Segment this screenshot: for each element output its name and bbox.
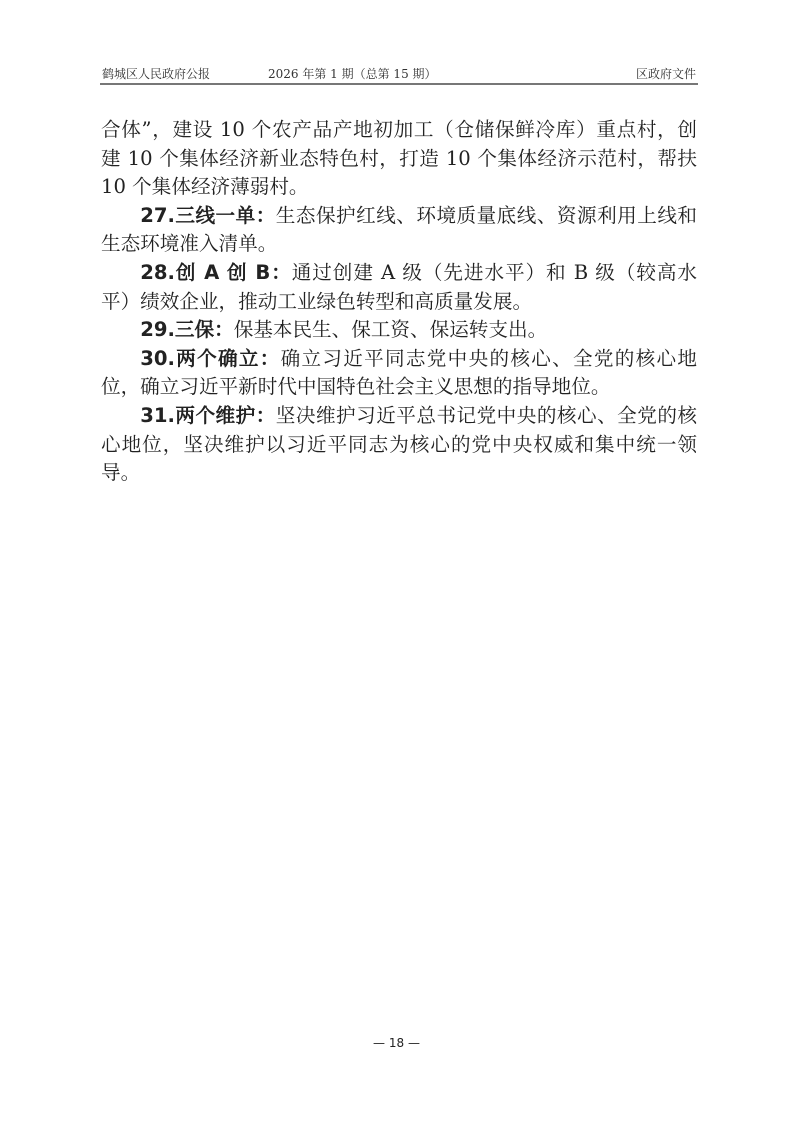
glossary-item-31: 31.两个维护：坚决维护习近平总书记党中央的核心、全党的核心地位，坚决维护以习近… (101, 402, 697, 488)
glossary-item-28: 28.创 A 创 B：通过创建 A 级（先进水平）和 B 级（较高水平）绩效企业… (101, 259, 697, 316)
glossary-term: 31.两个维护： (140, 404, 276, 427)
glossary-item-30: 30.两个确立：确立习近平同志党中央的核心、全党的核心地位，确立习近平新时代中国… (101, 345, 697, 402)
page-number: — 18 — (0, 1036, 793, 1050)
glossary-definition: 保基本民生、保工资、保运转支出。 (234, 318, 548, 341)
page-header: 鹤城区人民政府公报 2026 年第 1 期（总第 15 期） 区政府文件 (100, 63, 698, 83)
glossary-term: 29.三保： (140, 318, 234, 341)
glossary-item-29: 29.三保：保基本民生、保工资、保运转支出。 (101, 316, 697, 345)
glossary-term: 28.创 A 创 B： (140, 261, 292, 284)
document-page: 鹤城区人民政府公报 2026 年第 1 期（总第 15 期） 区政府文件 合体”… (0, 0, 793, 1122)
glossary-term: 27.三线一单： (140, 204, 276, 227)
glossary-item-27: 27.三线一单：生态保护红线、环境质量底线、资源利用上线和生态环境准入清单。 (101, 202, 697, 259)
issue-number: 2026 年第 1 期（总第 15 期） (268, 65, 437, 82)
document-body: 合体”，建设 10 个农产品产地初加工（仓储保鲜冷库）重点村，创建 10 个集体… (101, 116, 697, 488)
continuation-paragraph: 合体”，建设 10 个农产品产地初加工（仓储保鲜冷库）重点村，创建 10 个集体… (101, 116, 697, 202)
section-label: 区政府文件 (636, 65, 696, 82)
glossary-term: 30.两个确立： (140, 347, 280, 370)
publication-title: 鹤城区人民政府公报 (102, 65, 210, 82)
header-divider (100, 83, 698, 85)
